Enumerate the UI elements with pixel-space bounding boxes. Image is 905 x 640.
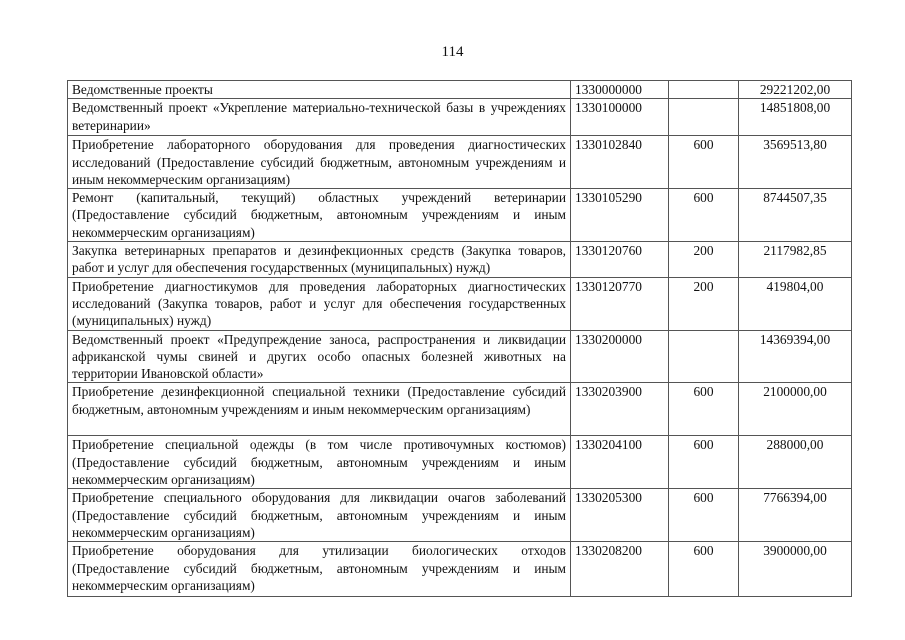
- row-name-cell: Ведомственный проект «Укрепление материа…: [68, 99, 571, 136]
- table-row: Приобретение специальной одежды (в том ч…: [68, 436, 852, 489]
- row-kvr-cell: [669, 99, 739, 136]
- row-sum-cell: 419804,00: [739, 277, 852, 330]
- row-name-cell: Ведомственный проект «Предупреждение зан…: [68, 330, 571, 383]
- row-sum-cell: 2100000,00: [739, 383, 852, 436]
- table-row: Приобретение дезинфекционной специальной…: [68, 383, 852, 436]
- budget-table-body: Ведомственные проекты133000000029221202,…: [68, 81, 852, 597]
- table-row: Ведомственный проект «Укрепление материа…: [68, 99, 852, 136]
- row-name-cell: Закупка ветеринарных препаратов и дезинф…: [68, 242, 571, 278]
- row-kvr-cell: 600: [669, 436, 739, 489]
- budget-table: Ведомственные проекты133000000029221202,…: [67, 80, 852, 597]
- row-kvr-cell: 600: [669, 189, 739, 242]
- row-code-cell: 1330105290: [571, 189, 669, 242]
- table-row: Приобретение диагностикумов для проведен…: [68, 277, 852, 330]
- row-name-cell: Приобретение лабораторного оборудования …: [68, 136, 571, 189]
- row-sum-cell: 3900000,00: [739, 542, 852, 597]
- table-row: Ведомственные проекты133000000029221202,…: [68, 81, 852, 99]
- row-kvr-cell: 200: [669, 277, 739, 330]
- row-sum-cell: 29221202,00: [739, 81, 852, 99]
- row-sum-cell: 3569513,80: [739, 136, 852, 189]
- row-kvr-cell: 600: [669, 542, 739, 597]
- table-row: Приобретение специального оборудования д…: [68, 489, 852, 542]
- table-row: Закупка ветеринарных препаратов и дезинф…: [68, 242, 852, 278]
- row-kvr-cell: [669, 330, 739, 383]
- row-code-cell: 1330200000: [571, 330, 669, 383]
- row-kvr-cell: 600: [669, 383, 739, 436]
- row-sum-cell: 8744507,35: [739, 189, 852, 242]
- row-sum-cell: 2117982,85: [739, 242, 852, 278]
- row-code-cell: 1330203900: [571, 383, 669, 436]
- table-row: Приобретение оборудования для утилизации…: [68, 542, 852, 597]
- row-sum-cell: 14851808,00: [739, 99, 852, 136]
- table-row: Приобретение лабораторного оборудования …: [68, 136, 852, 189]
- row-name-cell: Приобретение оборудования для утилизации…: [68, 542, 571, 597]
- row-code-cell: 1330208200: [571, 542, 669, 597]
- row-kvr-cell: [669, 81, 739, 99]
- row-kvr-cell: 600: [669, 136, 739, 189]
- row-sum-cell: 288000,00: [739, 436, 852, 489]
- row-name-cell: Ведомственные проекты: [68, 81, 571, 99]
- row-name-cell: Приобретение диагностикумов для проведен…: [68, 277, 571, 330]
- row-code-cell: 1330000000: [571, 81, 669, 99]
- row-code-cell: 1330120760: [571, 242, 669, 278]
- row-code-cell: 1330102840: [571, 136, 669, 189]
- row-code-cell: 1330100000: [571, 99, 669, 136]
- table-row: Ведомственный проект «Предупреждение зан…: [68, 330, 852, 383]
- row-kvr-cell: 200: [669, 242, 739, 278]
- row-code-cell: 1330205300: [571, 489, 669, 542]
- row-name-cell: Приобретение дезинфекционной специальной…: [68, 383, 571, 436]
- row-code-cell: 1330204100: [571, 436, 669, 489]
- row-code-cell: 1330120770: [571, 277, 669, 330]
- page-number: 114: [0, 44, 905, 61]
- row-sum-cell: 14369394,00: [739, 330, 852, 383]
- row-kvr-cell: 600: [669, 489, 739, 542]
- row-sum-cell: 7766394,00: [739, 489, 852, 542]
- row-name-cell: Приобретение специального оборудования д…: [68, 489, 571, 542]
- row-name-cell: Приобретение специальной одежды (в том ч…: [68, 436, 571, 489]
- row-name-cell: Ремонт (капитальный, текущий) областных …: [68, 189, 571, 242]
- table-row: Ремонт (капитальный, текущий) областных …: [68, 189, 852, 242]
